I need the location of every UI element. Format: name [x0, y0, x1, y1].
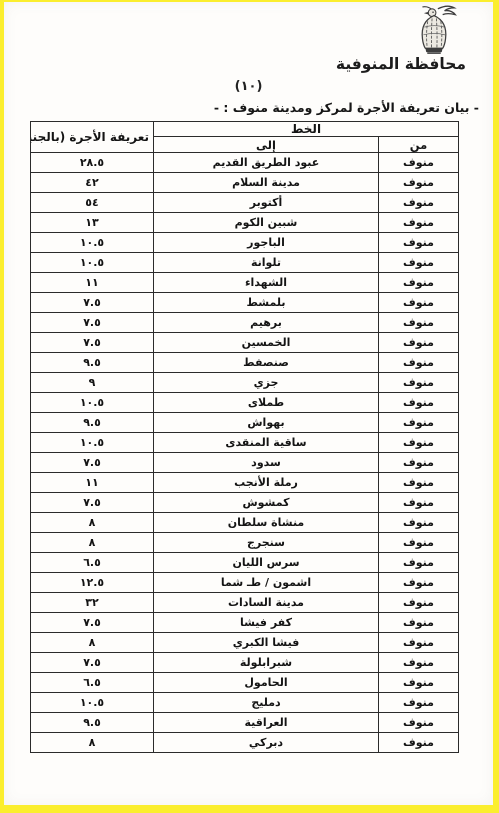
- from-cell: منوف: [379, 533, 459, 553]
- to-cell: عبود الطريق القديم: [154, 153, 379, 173]
- to-cell: كفر فيشا: [154, 613, 379, 633]
- fare-cell: ٨: [31, 733, 154, 753]
- to-cell: الخمسين: [154, 333, 379, 353]
- table-row: منوفصنصفط٩.٥: [31, 353, 459, 373]
- to-cell: شبين الكوم: [154, 213, 379, 233]
- to-cell: مدينة السادات: [154, 593, 379, 613]
- from-cell: منوف: [379, 493, 459, 513]
- from-cell: منوف: [379, 293, 459, 313]
- to-cell: الحامول: [154, 673, 379, 693]
- table-row: منوفسدود٧.٥: [31, 453, 459, 473]
- to-cell: أكتوبر: [154, 193, 379, 213]
- document-title: - بيان تعريفة الأجرة لمركز ومدينة منوف :…: [214, 100, 479, 115]
- from-cell: منوف: [379, 693, 459, 713]
- to-cell: شبرابلولة: [154, 653, 379, 673]
- table-row: منوفبهواش٩.٥: [31, 413, 459, 433]
- fare-cell: ٦.٥: [31, 553, 154, 573]
- from-cell: منوف: [379, 193, 459, 213]
- table-row: منوفمدينة السلام٤٢: [31, 173, 459, 193]
- from-cell: منوف: [379, 353, 459, 373]
- from-cell: منوف: [379, 433, 459, 453]
- from-cell: منوف: [379, 513, 459, 533]
- table-row: منوفمدينة السادات٣٢: [31, 593, 459, 613]
- to-header-cell: إلى: [154, 137, 379, 153]
- from-cell: منوف: [379, 173, 459, 193]
- from-cell: منوف: [379, 373, 459, 393]
- from-cell: منوف: [379, 253, 459, 273]
- fare-cell: ١٠.٥: [31, 233, 154, 253]
- fare-cell: ١١: [31, 273, 154, 293]
- to-cell: كمشوش: [154, 493, 379, 513]
- table-row: منوفدبركي٨: [31, 733, 459, 753]
- to-cell: صنصفط: [154, 353, 379, 373]
- from-cell: منوف: [379, 733, 459, 753]
- to-cell: سدود: [154, 453, 379, 473]
- from-cell: منوف: [379, 273, 459, 293]
- fare-table-header: الخط تعريفة الأجرة (بالجنيه) من إلى: [31, 122, 459, 153]
- fare-cell: ١٠.٥: [31, 253, 154, 273]
- to-cell: جزي: [154, 373, 379, 393]
- fare-cell: ٨: [31, 513, 154, 533]
- governorate-title: محافظة المنوفية: [336, 55, 466, 73]
- table-row: منوففيشا الكبري٨: [31, 633, 459, 653]
- fare-cell: ٦.٥: [31, 673, 154, 693]
- fare-cell: ٧.٥: [31, 313, 154, 333]
- table-row: منوفجزي٩: [31, 373, 459, 393]
- to-cell: تلوانة: [154, 253, 379, 273]
- from-cell: منوف: [379, 673, 459, 693]
- fare-cell: ١٠.٥: [31, 393, 154, 413]
- from-cell: منوف: [379, 653, 459, 673]
- fare-cell: ٧.٥: [31, 653, 154, 673]
- table-row: منوفالعراقية٩.٥: [31, 713, 459, 733]
- from-cell: منوف: [379, 473, 459, 493]
- fare-cell: ٣٢: [31, 593, 154, 613]
- to-cell: سنجرج: [154, 533, 379, 553]
- from-cell: منوف: [379, 413, 459, 433]
- to-cell: سرس الليان: [154, 553, 379, 573]
- from-cell: منوف: [379, 633, 459, 653]
- from-cell: منوف: [379, 593, 459, 613]
- from-cell: منوف: [379, 453, 459, 473]
- fare-cell: ٧.٥: [31, 293, 154, 313]
- table-row: منوفساقية المنقدى١٠.٥: [31, 433, 459, 453]
- table-row: منوفبرهيم٧.٥: [31, 313, 459, 333]
- fare-cell: ١١: [31, 473, 154, 493]
- fare-cell: ١٠.٥: [31, 693, 154, 713]
- to-cell: العراقية: [154, 713, 379, 733]
- from-cell: منوف: [379, 153, 459, 173]
- table-row: منوفالخمسين٧.٥: [31, 333, 459, 353]
- fare-cell: ١٢.٥: [31, 573, 154, 593]
- from-cell: منوف: [379, 213, 459, 233]
- table-row: منوفطملاى١٠.٥: [31, 393, 459, 413]
- fare-table: الخط تعريفة الأجرة (بالجنيه) من إلى منوف…: [30, 121, 459, 753]
- fare-cell: ١٣: [31, 213, 154, 233]
- fare-cell: ٧.٥: [31, 493, 154, 513]
- fare-table-body: منوفعبود الطريق القديم٢٨.٥منوفمدينة السل…: [31, 153, 459, 753]
- to-cell: دبركي: [154, 733, 379, 753]
- table-header-row-line: الخط تعريفة الأجرة (بالجنيه): [31, 122, 459, 137]
- to-cell: بهواش: [154, 413, 379, 433]
- fare-cell: ٩.٥: [31, 353, 154, 373]
- to-cell: دمليج: [154, 693, 379, 713]
- table-row: منوفمنشاة سلطان٨: [31, 513, 459, 533]
- document-page: محافظة المنوفية (١٠) - بيان تعريفة الأجر…: [4, 2, 493, 805]
- fare-cell: ٩.٥: [31, 713, 154, 733]
- to-cell: الشهداء: [154, 273, 379, 293]
- from-cell: منوف: [379, 233, 459, 253]
- to-cell: طملاى: [154, 393, 379, 413]
- table-row: منوفسنجرج٨: [31, 533, 459, 553]
- fare-cell: ٥٤: [31, 193, 154, 213]
- table-row: منوفبلمشط٧.٥: [31, 293, 459, 313]
- from-header-cell: من: [379, 137, 459, 153]
- fare-cell: ٩.٥: [31, 413, 154, 433]
- fare-cell: ٧.٥: [31, 453, 154, 473]
- table-row: منوفكفر فيشا٧.٥: [31, 613, 459, 633]
- fare-cell: ١٠.٥: [31, 433, 154, 453]
- from-cell: منوف: [379, 713, 459, 733]
- from-cell: منوف: [379, 613, 459, 633]
- to-cell: منشاة سلطان: [154, 513, 379, 533]
- to-cell: فيشا الكبري: [154, 633, 379, 653]
- table-row: منوفسرس الليان٦.٥: [31, 553, 459, 573]
- table-row: منوفدمليج١٠.٥: [31, 693, 459, 713]
- line-header-cell: الخط: [154, 122, 459, 137]
- table-row: منوفتلوانة١٠.٥: [31, 253, 459, 273]
- table-row: منوفرملة الأنجب١١: [31, 473, 459, 493]
- to-cell: ساقية المنقدى: [154, 433, 379, 453]
- from-cell: منوف: [379, 333, 459, 353]
- from-cell: منوف: [379, 573, 459, 593]
- fare-cell: ٧.٥: [31, 333, 154, 353]
- egypt-eagle-emblem-icon: [403, 4, 465, 56]
- to-cell: برهيم: [154, 313, 379, 333]
- from-cell: منوف: [379, 393, 459, 413]
- from-cell: منوف: [379, 553, 459, 573]
- fare-header-cell: تعريفة الأجرة (بالجنيه): [31, 122, 154, 153]
- fare-cell: ٧.٥: [31, 613, 154, 633]
- fare-cell: ٩: [31, 373, 154, 393]
- fare-cell: ٨: [31, 633, 154, 653]
- fare-cell: ٨: [31, 533, 154, 553]
- table-row: منوفأكتوبر٥٤: [31, 193, 459, 213]
- table-row: منوفاشمون / طـ شما١٢.٥: [31, 573, 459, 593]
- table-row: منوفكمشوش٧.٥: [31, 493, 459, 513]
- to-cell: رملة الأنجب: [154, 473, 379, 493]
- to-cell: مدينة السلام: [154, 173, 379, 193]
- table-row: منوفعبود الطريق القديم٢٨.٥: [31, 153, 459, 173]
- table-row: منوفشبين الكوم١٣: [31, 213, 459, 233]
- fare-cell: ٤٢: [31, 173, 154, 193]
- scanned-page: { "header": { "logo_icon": "egypt-eagle-…: [0, 0, 499, 813]
- table-row: منوفالشهداء١١: [31, 273, 459, 293]
- table-row: منوفالحامول٦.٥: [31, 673, 459, 693]
- table-row: منوفشبرابلولة٧.٥: [31, 653, 459, 673]
- page-number: (١٠): [4, 79, 493, 94]
- to-cell: الباجور: [154, 233, 379, 253]
- from-cell: منوف: [379, 313, 459, 333]
- table-row: منوفالباجور١٠.٥: [31, 233, 459, 253]
- to-cell: اشمون / طـ شما: [154, 573, 379, 593]
- to-cell: بلمشط: [154, 293, 379, 313]
- fare-cell: ٢٨.٥: [31, 153, 154, 173]
